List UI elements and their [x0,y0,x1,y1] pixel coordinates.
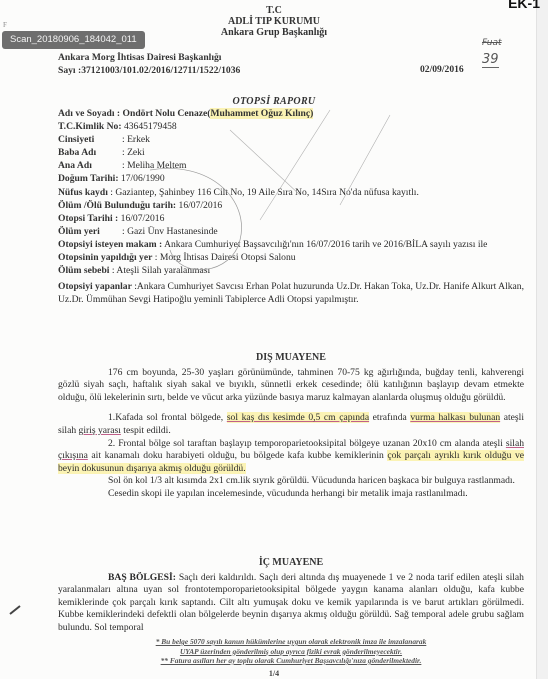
field-birth: Doğum Tarihi: 17/06/1990 [58,172,524,185]
field-value: 43645179458 [124,121,177,132]
text: tespit edildi. [121,425,171,436]
field-registry: Nüfus kaydı : Gaziantep, Şahinbey 116 Ci… [58,186,524,199]
paragraph-scopy: Cesedin skopi ile yapılan incelemesinde,… [58,488,524,501]
field-label: Otopsiyi yapanlar [58,281,132,292]
text: ait kanamalı doku harabiyeti olduğu, bu … [88,450,388,461]
field-name: Adı ve Soyadı : Ondört Nolu Cenaze(Muham… [58,107,524,120]
field-label: Ölüm yeri [58,225,122,238]
field-requester: Otopsiyi isteyen makam : Ankara Cumhuriy… [58,238,524,251]
paragraph-exit-wound: 2. Frontal bölge sol taraftan başlayıp t… [58,438,524,476]
field-value: 16/07/2016 [121,213,165,224]
highlighted-text: sol kaş dıs kesimde 0,5 cm çapında [227,412,369,423]
field-value: : Gazi Ünv Hastanesinde [122,226,218,237]
field-value: : Erkek [122,134,150,145]
field-death-date: Ölüm /Ölü Bulunduğu tarih: 16/07/2016 [58,199,524,212]
paragraph-body-description: 176 cm boyunda, 25-30 yaşları görünümünd… [58,367,524,405]
field-value: : Gaziantep, Şahinbey 116 Cilt No, 19 Ai… [110,187,419,198]
footer-note-1: * Bu belge 5070 sayılı kanun hükümlerine… [156,637,427,646]
field-label: T.C.Kimlik No: [58,121,122,132]
field-label: Ölüm /Ölü Bulunduğu tarih: [58,200,176,211]
department-name: Ankara Morg İhtisas Dairesi Başkanlığı [58,51,240,64]
field-death-place: Ölüm yeri: Gazi Ünv Hastanesinde [58,225,524,238]
text: 2. Frontal bölge sol taraftan başlayıp t… [108,438,506,449]
field-father: Baba Adı: Zeki [58,146,524,159]
field-label: Ölüm sebebi [58,265,109,276]
field-label: Ana Adı [58,159,122,172]
text: 1.Kafada sol frontal bölgede, [108,412,227,423]
field-performers: Otopsiyi yapanlar :Ankara Cumhuriyet Sav… [58,280,524,306]
internal-exam-section: İÇ MUAYENE BAŞ BÖLGESİ: Saçlı deri kaldı… [58,557,524,635]
field-tc: T.C.Kimlik No: 43645179458 [58,120,524,133]
highlighted-text: vurma halkası bulunan [410,412,500,423]
paragraph-entry-wound: 1.Kafada sol frontal bölgede, sol kaş dı… [58,412,524,437]
underlined-text: giriş yarası [79,425,121,436]
header-group: Ankara Grup Başkanlığı [0,27,548,38]
reference-number: Sayı :37121003/101.02/2016/12711/1522/10… [58,64,240,77]
section-title: İÇ MUAYENE [58,557,524,570]
field-label: Otopsinin yapıldığı yer [58,252,152,263]
text: etrafında [369,412,410,423]
footer-note-2: UYAP üzerinden gönderilmiş olup ayrıca f… [180,647,402,656]
header-country: T.C [0,5,548,16]
highlighted-name: Muhammet Oğuz Kılınç) [210,108,313,119]
field-value: Ondört Nolu Cenaze( [123,108,211,119]
field-value: : Zeki [122,147,145,158]
handwritten-page-number: 39 [482,53,499,68]
document-date: 02/09/2016 [420,64,464,75]
footer-note-3: ** Fatura asılları her ay toplu olarak C… [161,656,422,665]
section-title: DIŞ MUAYENE [58,352,524,365]
field-value: : Morg İhtisas Dairesi Otopsi Salonu [155,252,296,263]
field-label: Doğum Tarihi: [58,173,119,184]
field-gender: Cinsiyeti: Erkek [58,133,524,146]
field-label: Cinsiyeti [58,133,122,146]
header-institution: ADLİ TIP KURUMU [0,16,548,27]
field-label: Nüfus kaydı [58,187,108,198]
legal-footer: * Bu belge 5070 sayılı kanun hükümlerine… [58,637,524,666]
field-mother: Ana Adı: Meliha Meltem [58,159,524,172]
page-number: 1/4 [0,669,548,678]
field-label: Baba Adı [58,146,122,159]
subsection-label: BAŞ BÖLGESİ: [108,572,176,583]
paragraph-abrasion: Sol ön kol 1/3 alt kısımda 2x1 cm.lik sı… [58,475,524,488]
field-location: Otopsinin yapıldığı yer : Morg İhtisas D… [58,251,524,264]
handwritten-struck-note: Fuat [482,38,502,48]
external-exam-section: DIŞ MUAYENE 176 cm boyunda, 25-30 yaşlar… [58,352,524,501]
field-value: : Meliha Meltem [122,160,186,171]
field-cause: Ölüm sebebi : Ateşli Silah yaralanması [58,264,524,277]
field-autopsy-date: Otopsi Tarihi : 16/07/2016 [58,212,524,225]
field-label: Otopsi Tarihi : [58,213,118,224]
field-value: Ankara Cumhuriyet Başsavcılığı'nın 16/07… [164,239,487,250]
report-title: OTOPSİ RAPORU [0,96,548,107]
field-label: Adı ve Soyadı : [58,108,120,119]
field-label: Otopsiyi isteyen makam : [58,239,162,250]
institution-header: T.C ADLİ TIP KURUMU Ankara Grup Başkanlı… [0,5,548,38]
field-value: 17/06/1990 [121,173,165,184]
handwritten-notes: Fuat 39 [482,38,502,68]
field-value: : Ateşli Silah yaralanması [112,265,210,276]
paragraph-head-region: BAŞ BÖLGESİ: Saçlı deri kaldırıldı. Saçl… [58,572,524,635]
department-block: Ankara Morg İhtisas Dairesi Başkanlığı S… [58,51,240,77]
field-value: 16/07/2016 [179,200,223,211]
identity-fields: Adı ve Soyadı : Ondört Nolu Cenaze(Muham… [58,107,524,306]
